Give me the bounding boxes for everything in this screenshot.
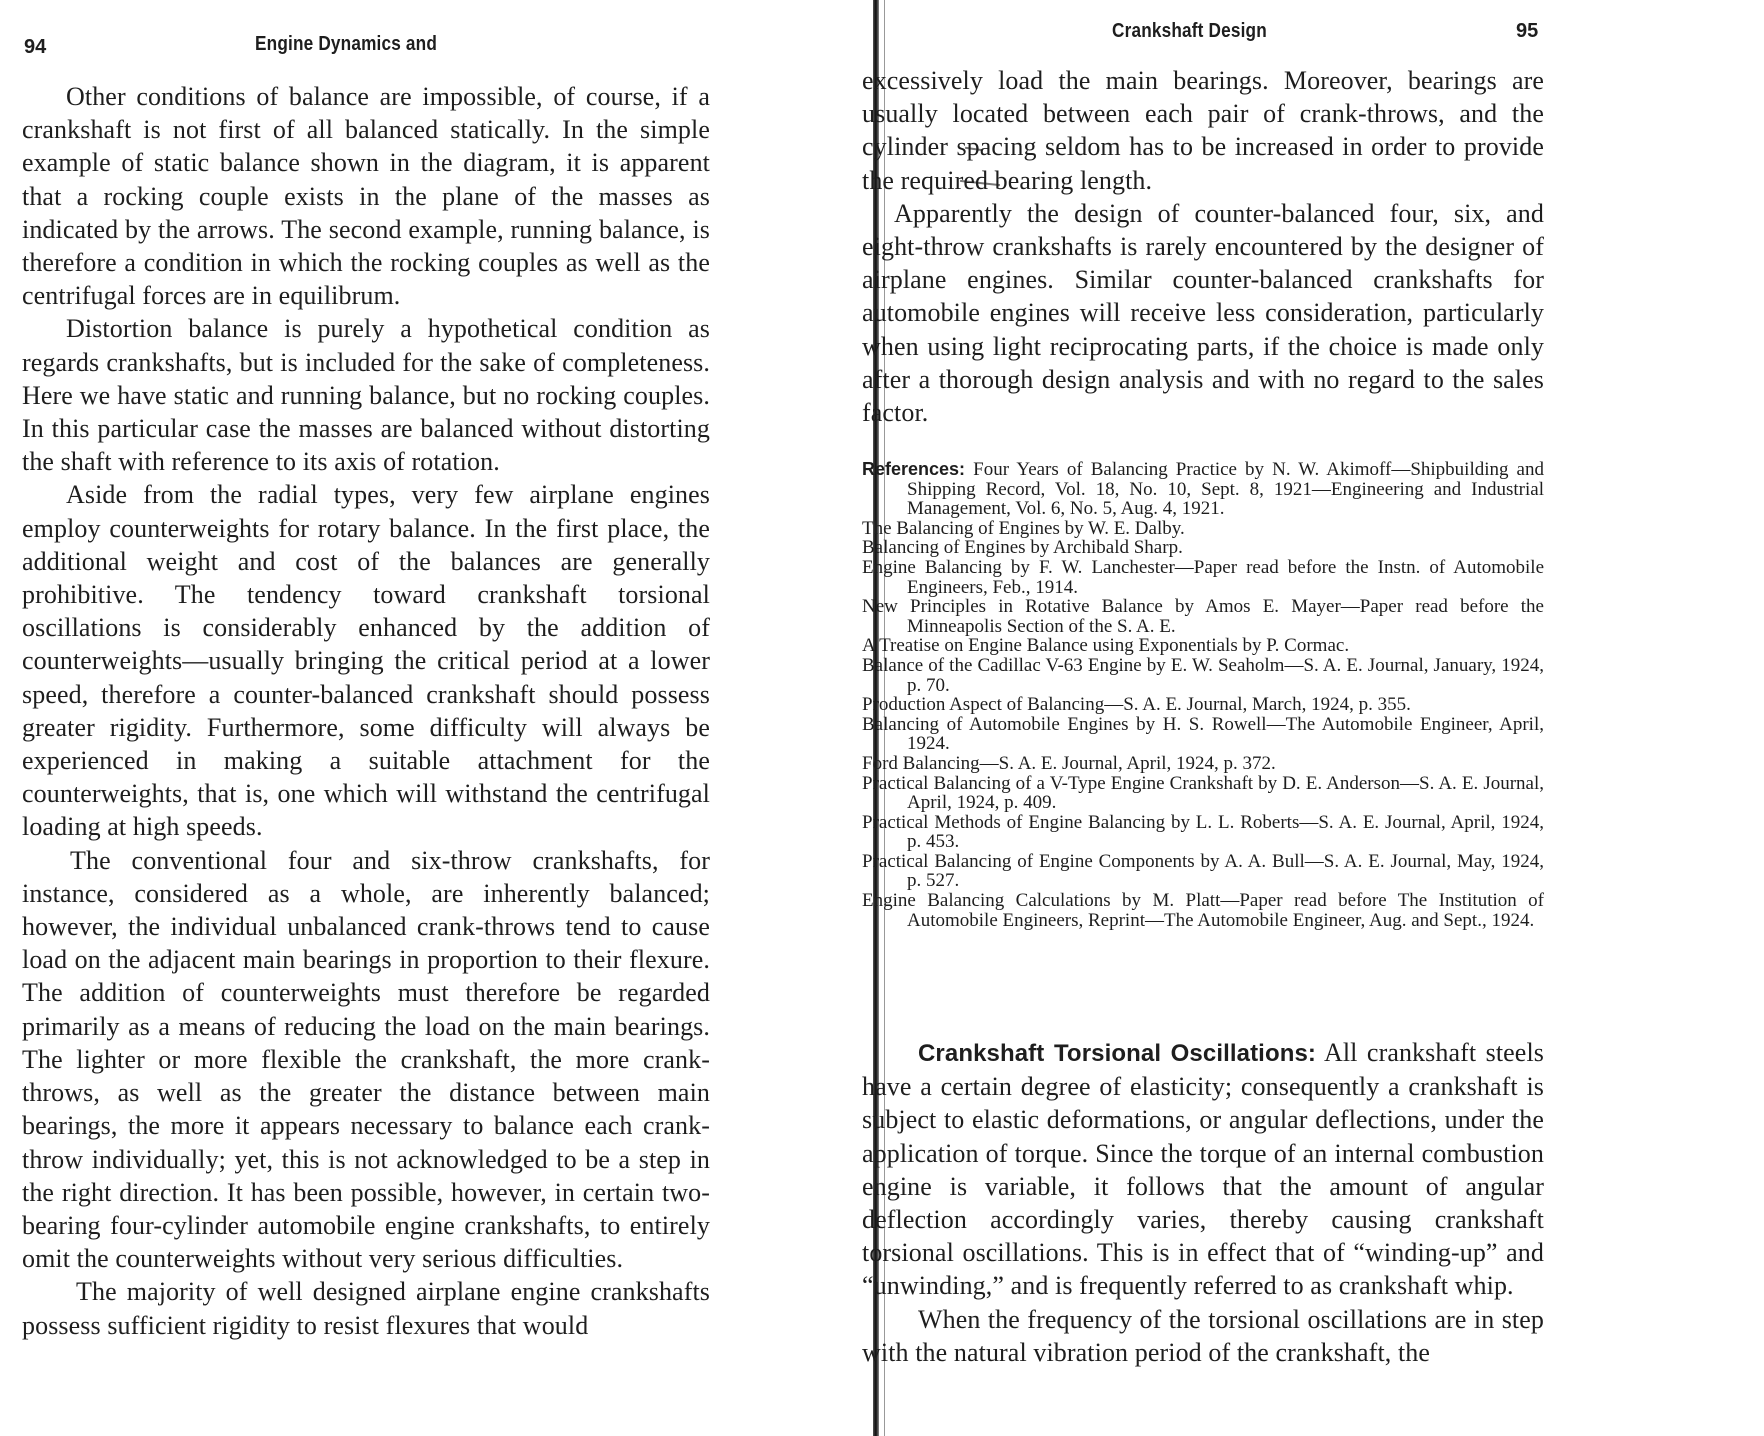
paragraph: Distortion balance is purely a hypotheti… (22, 312, 710, 478)
reference-item: Balancing of Engines by Archibald Sharp. (862, 538, 1544, 558)
right-body-text: excessively load the main bearings. More… (862, 64, 1544, 429)
paragraph: Apparently the design of counter-balance… (862, 197, 1544, 429)
paragraph: When the frequency of the torsional osci… (862, 1303, 1544, 1369)
reference-item: Ford Balancing—S. A. E. Journal, April, … (862, 754, 1544, 774)
reference-item: Practical Balancing of a V-Type Engine C… (862, 774, 1544, 813)
paragraph: Aside from the radial types, very few ai… (22, 478, 710, 843)
reference-item: The Balancing of Engines by W. E. Dalby. (862, 519, 1544, 539)
reference-item: Practical Balancing of Engine Components… (862, 852, 1544, 891)
running-head-left: Engine Dynamics and (255, 33, 437, 63)
page-number-right: 95 (1516, 20, 1538, 43)
torsional-oscillations-section: Crankshaft Torsional Oscillations: All c… (862, 1036, 1544, 1369)
paragraph: Other conditions of balance are impossib… (22, 80, 710, 312)
paragraph: Crankshaft Torsional Oscillations: All c… (862, 1036, 1544, 1303)
reference-item: Production Aspect of Balancing—S. A. E. … (862, 695, 1544, 715)
reference-item: New Principles in Rotative Balance by Am… (862, 597, 1544, 636)
reference-item: Balance of the Cadillac V-63 Engine by E… (862, 656, 1544, 695)
left-body-text: Other conditions of balance are impossib… (22, 80, 710, 1342)
reference-item: Engine Balancing Calculations by M. Plat… (862, 891, 1544, 930)
paragraph: The majority of well designed airplane e… (22, 1275, 710, 1341)
paragraph: The conventional four and six-throw cran… (22, 844, 710, 1276)
page-number-left: 94 (24, 36, 46, 59)
reference-item: Balancing of Automobile Engines by H. S.… (862, 715, 1544, 754)
references-list: References: Four Years of Balancing Prac… (862, 460, 1544, 930)
right-page: Crankshaft Design 95 excessively load th… (880, 0, 1764, 1436)
reference-item: Engine Balancing by F. W. Lanchester—Pap… (862, 558, 1544, 597)
references-label: References: (862, 459, 965, 479)
section-heading: Crankshaft Torsional Oscillations: (918, 1040, 1316, 1067)
running-head-right: Crankshaft Design (1112, 20, 1267, 50)
reference-item: References: Four Years of Balancing Prac… (862, 460, 1544, 519)
book-spread: 94 Engine Dynamics and Other conditions … (0, 0, 1764, 1436)
reference-item: Practical Methods of Engine Balancing by… (862, 813, 1544, 852)
paragraph: excessively load the main bearings. More… (862, 64, 1544, 197)
reference-item: A Treatise on Engine Balance using Expon… (862, 636, 1544, 656)
left-page: 94 Engine Dynamics and Other conditions … (0, 0, 870, 1436)
